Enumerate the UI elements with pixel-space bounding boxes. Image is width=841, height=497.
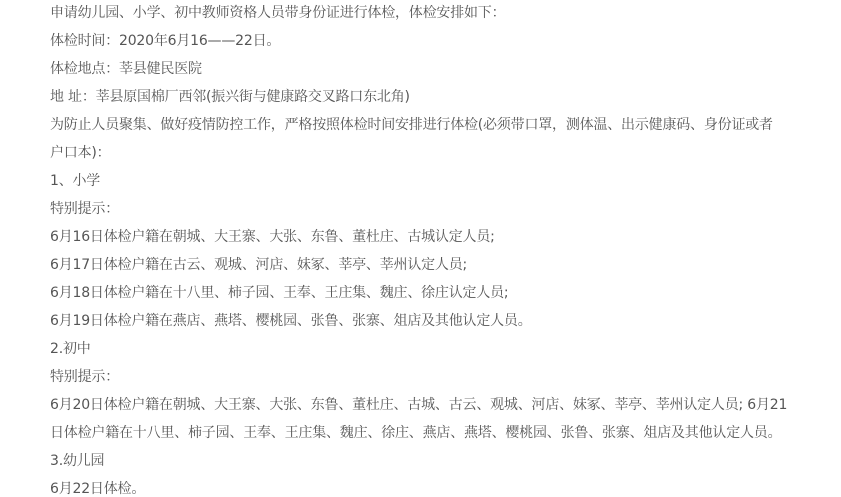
exam-address: 地 址：莘县原国棉厂西邻(振兴街与健康路交叉路口东北角) [50, 83, 830, 111]
section-tip-primary: 特别提示： [50, 195, 830, 223]
section-tip-middle: 特别提示： [50, 363, 830, 391]
schedule-line: 日体检户籍在十八里、柿子园、王奉、王庄集、魏庄、徐庄、燕店、燕塔、樱桃园、张鲁、… [50, 419, 830, 447]
notice-line-2: 户口本)： [50, 139, 830, 167]
exam-time: 体检时间：2020年6月16——22日。 [50, 27, 830, 55]
schedule-line: 6月18日体检户籍在十八里、柿子园、王奉、王庄集、魏庄、徐庄认定人员; [50, 279, 830, 307]
section-title-middle: 2.初中 [50, 335, 830, 363]
notice-line-1: 为防止人员聚集、做好疫情防控工作，严格按照体检时间安排进行体检(必须带口罩，测体… [50, 111, 830, 139]
document-body: 申请幼儿园、小学、初中教师资格人员带身份证进行体检，体检安排如下： 体检时间：2… [50, 0, 830, 497]
schedule-line: 6月22日体检。 [50, 475, 830, 497]
schedule-line: 6月19日体检户籍在燕店、燕塔、樱桃园、张鲁、张寨、俎店及其他认定人员。 [50, 307, 830, 335]
schedule-line: 6月17日体检户籍在古云、观城、河店、妹冢、莘亭、莘州认定人员; [50, 251, 830, 279]
section-title-primary: 1、小学 [50, 167, 830, 195]
exam-location: 体检地点：莘县健民医院 [50, 55, 830, 83]
schedule-line: 6月20日体检户籍在朝城、大王寨、大张、东鲁、董杜庄、古城、古云、观城、河店、妹… [50, 391, 830, 419]
intro-text: 申请幼儿园、小学、初中教师资格人员带身份证进行体检，体检安排如下： [50, 0, 830, 27]
section-title-kindergarten: 3.幼儿园 [50, 447, 830, 475]
schedule-line: 6月16日体检户籍在朝城、大王寨、大张、东鲁、董杜庄、古城认定人员; [50, 223, 830, 251]
